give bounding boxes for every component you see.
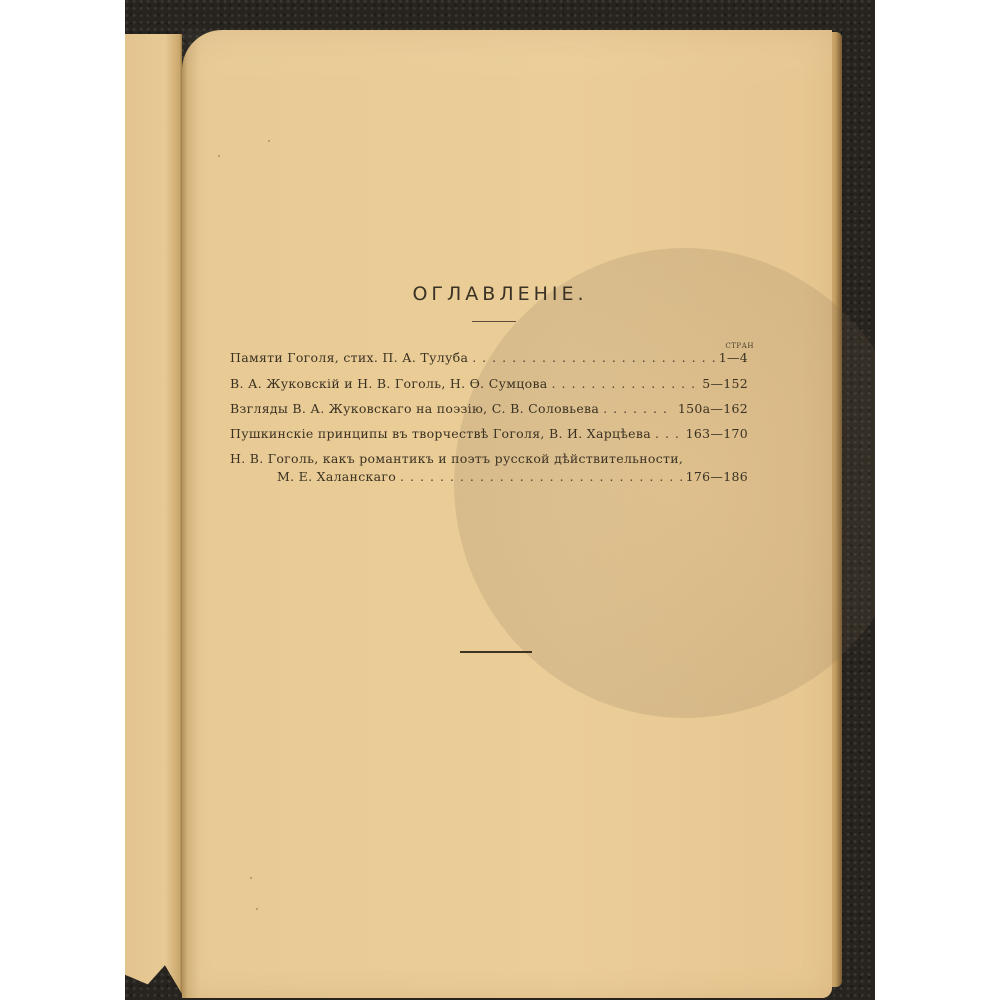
toc-entry-pages: 176—186 <box>686 469 748 484</box>
closing-rule <box>460 651 532 653</box>
toc-title: ОГЛАВЛЕНІЕ. <box>380 283 620 305</box>
toc-entry: Памяти Гоголя, стих. П. А. Тулуба ......… <box>230 350 748 370</box>
dot-leader: ........................................… <box>552 376 699 391</box>
toc-entry-text: Памяти Гоголя, стих. П. А. Тулуба <box>230 350 468 365</box>
toc-entry-text: Н. В. Гоголь, какъ романтикъ и поэтъ рус… <box>230 451 683 466</box>
foxing-spot <box>250 877 252 879</box>
toc-entry-continuation: М. Е. Халанскаго .......................… <box>277 469 748 489</box>
toc-entry: В. А. Жуковскій и Н. В. Гоголь, Н. Ѳ. Су… <box>230 376 748 396</box>
foxing-spot <box>268 140 270 142</box>
dot-leader: ........................................… <box>603 401 674 416</box>
table-of-contents: ОГЛАВЛЕНІЕ. СТРАН Памяти Гоголя, стих. П… <box>0 0 1000 1000</box>
toc-entry-text: В. А. Жуковскій и Н. В. Гоголь, Н. Ѳ. Су… <box>230 376 548 391</box>
dot-leader: ........................................… <box>400 469 682 484</box>
toc-entry-pages: 150а—162 <box>678 401 748 416</box>
toc-entry-pages: 163—170 <box>686 426 748 441</box>
toc-entry-text: Пушкинскіе принципы въ творчествѣ Гоголя… <box>230 426 651 441</box>
toc-entry-author: М. Е. Халанскаго <box>277 469 396 484</box>
title-rule <box>472 321 516 322</box>
toc-entry: Н. В. Гоголь, какъ романтикъ и поэтъ рус… <box>230 451 748 471</box>
dot-leader: ........................................… <box>472 350 714 365</box>
toc-entry-text: Взгляды В. А. Жуковскаго на поэзію, С. В… <box>230 401 599 416</box>
toc-entry: Взгляды В. А. Жуковскаго на поэзію, С. В… <box>230 401 748 421</box>
foxing-spot <box>218 155 220 157</box>
page-column-label: СТРАН <box>714 342 754 350</box>
dot-leader: ........................................… <box>655 426 682 441</box>
toc-entry-pages: 1—4 <box>719 350 748 365</box>
toc-entry: Пушкинскіе принципы въ творчествѣ Гоголя… <box>230 426 748 446</box>
toc-entry-pages: 5—152 <box>702 376 748 391</box>
foxing-spot <box>256 908 258 910</box>
